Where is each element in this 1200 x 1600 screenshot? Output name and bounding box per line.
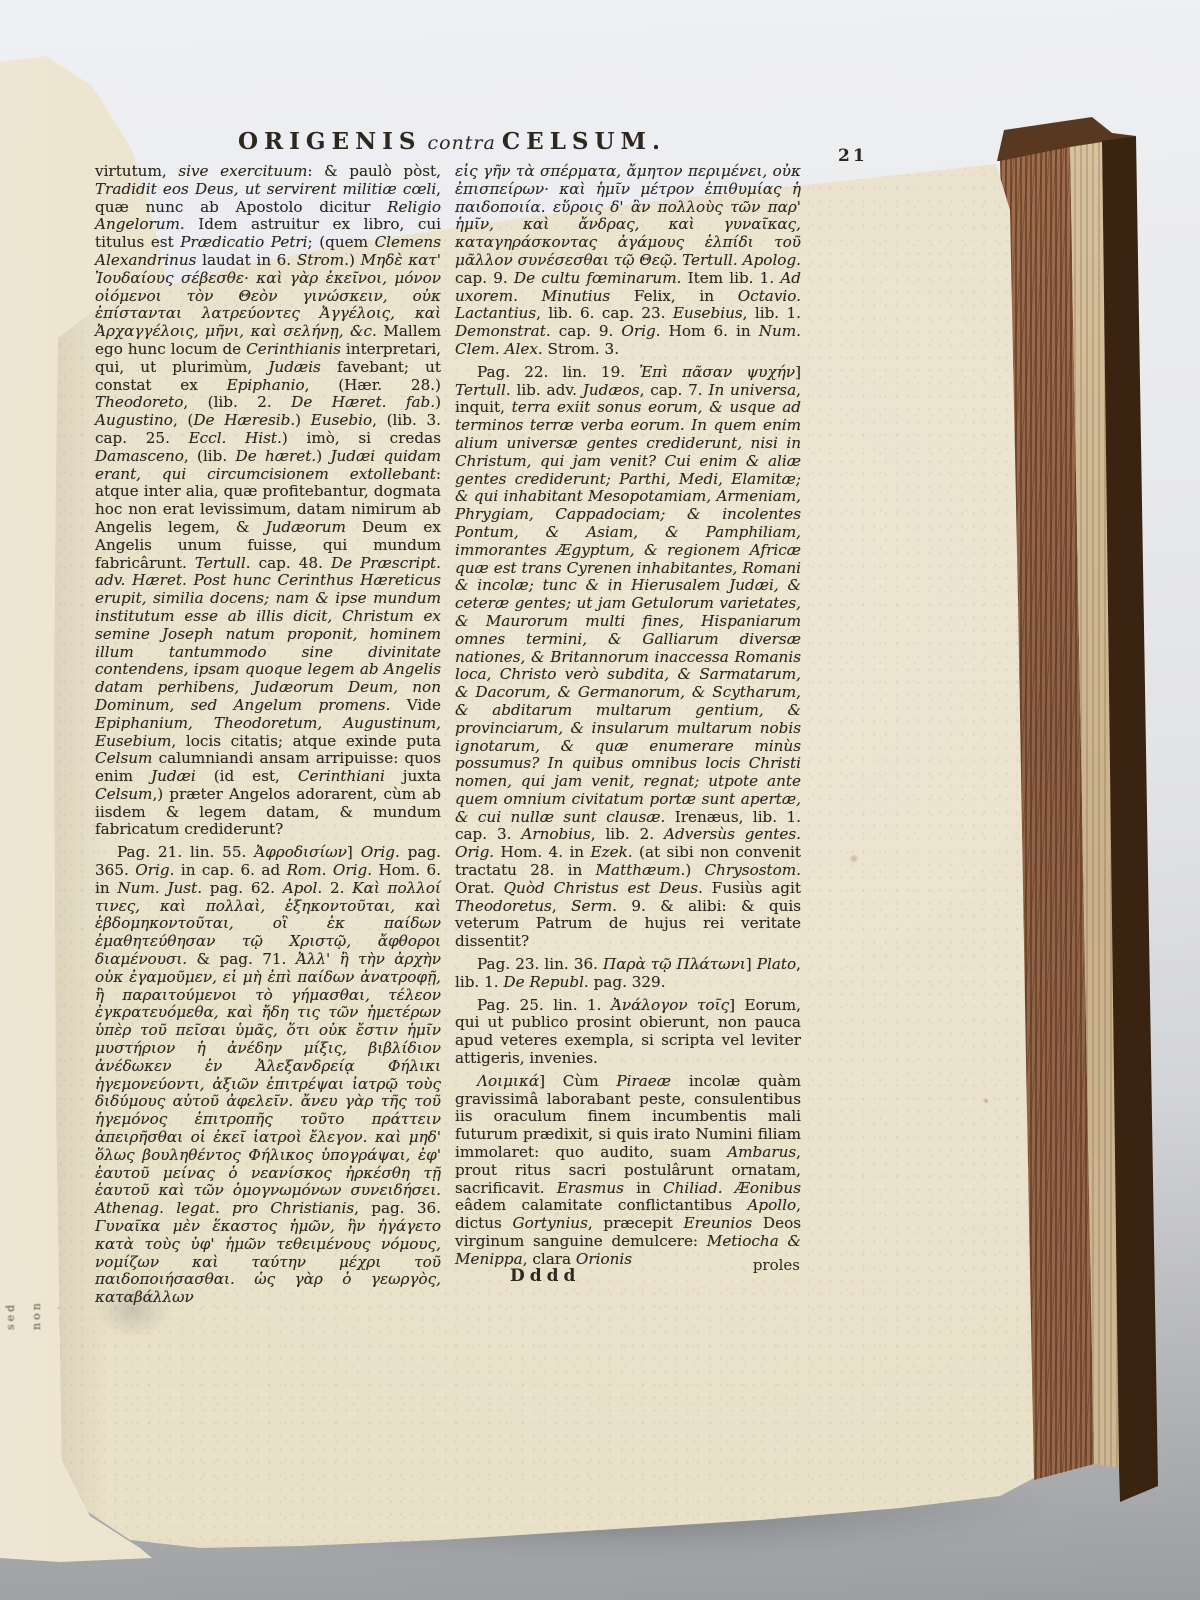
paragraph: Pag. 25. lin. 1. Ἀνάλογον τοῖς] Eorum, q… — [455, 997, 801, 1068]
paragraph: virtutum, sive exercituum: & paulò pòst,… — [95, 163, 441, 839]
paragraph: Λοιμικά] Cùm Piraeæ incolæ quàm gravissi… — [455, 1073, 801, 1269]
running-header: ORIGENIScontraCELSUM. — [238, 128, 666, 155]
running-header-title-left: ORIGENIS — [238, 128, 421, 155]
paragraph: εἰς γῆν τὰ σπέρματα, ἄμητον περιμένει, ο… — [455, 163, 801, 359]
paragraph: Pag. 23. lin. 36. Παρὰ τῷ Πλάτωνι] Plato… — [455, 956, 801, 992]
page-content: ORIGENIScontraCELSUM. 21 virtutum, sive … — [0, 0, 1200, 1600]
signature-mark: Dddd — [510, 1266, 580, 1286]
running-header-title-middle: contra — [427, 132, 495, 154]
paragraph: Pag. 22. lin. 19. Ἐπὶ πᾶσαν ψυχήν] Tertu… — [455, 364, 801, 951]
text-columns: virtutum, sive exercituum: & paulò pòst,… — [95, 163, 801, 1307]
catchword: proles — [698, 1256, 800, 1274]
right-column: εἰς γῆν τὰ σπέρματα, ἄμητον περιμένει, ο… — [455, 163, 801, 1307]
book-photo: sed non qui & ORIGENIScontraCELSUM. 21 v… — [0, 0, 1200, 1600]
paragraph: Pag. 21. lin. 55. Ἀφροδισίων] Orig. pag.… — [95, 844, 441, 1307]
left-column: virtutum, sive exercituum: & paulò pòst,… — [95, 163, 441, 1307]
page-number: 21 — [838, 146, 868, 166]
running-header-title-right: CELSUM. — [502, 128, 666, 155]
